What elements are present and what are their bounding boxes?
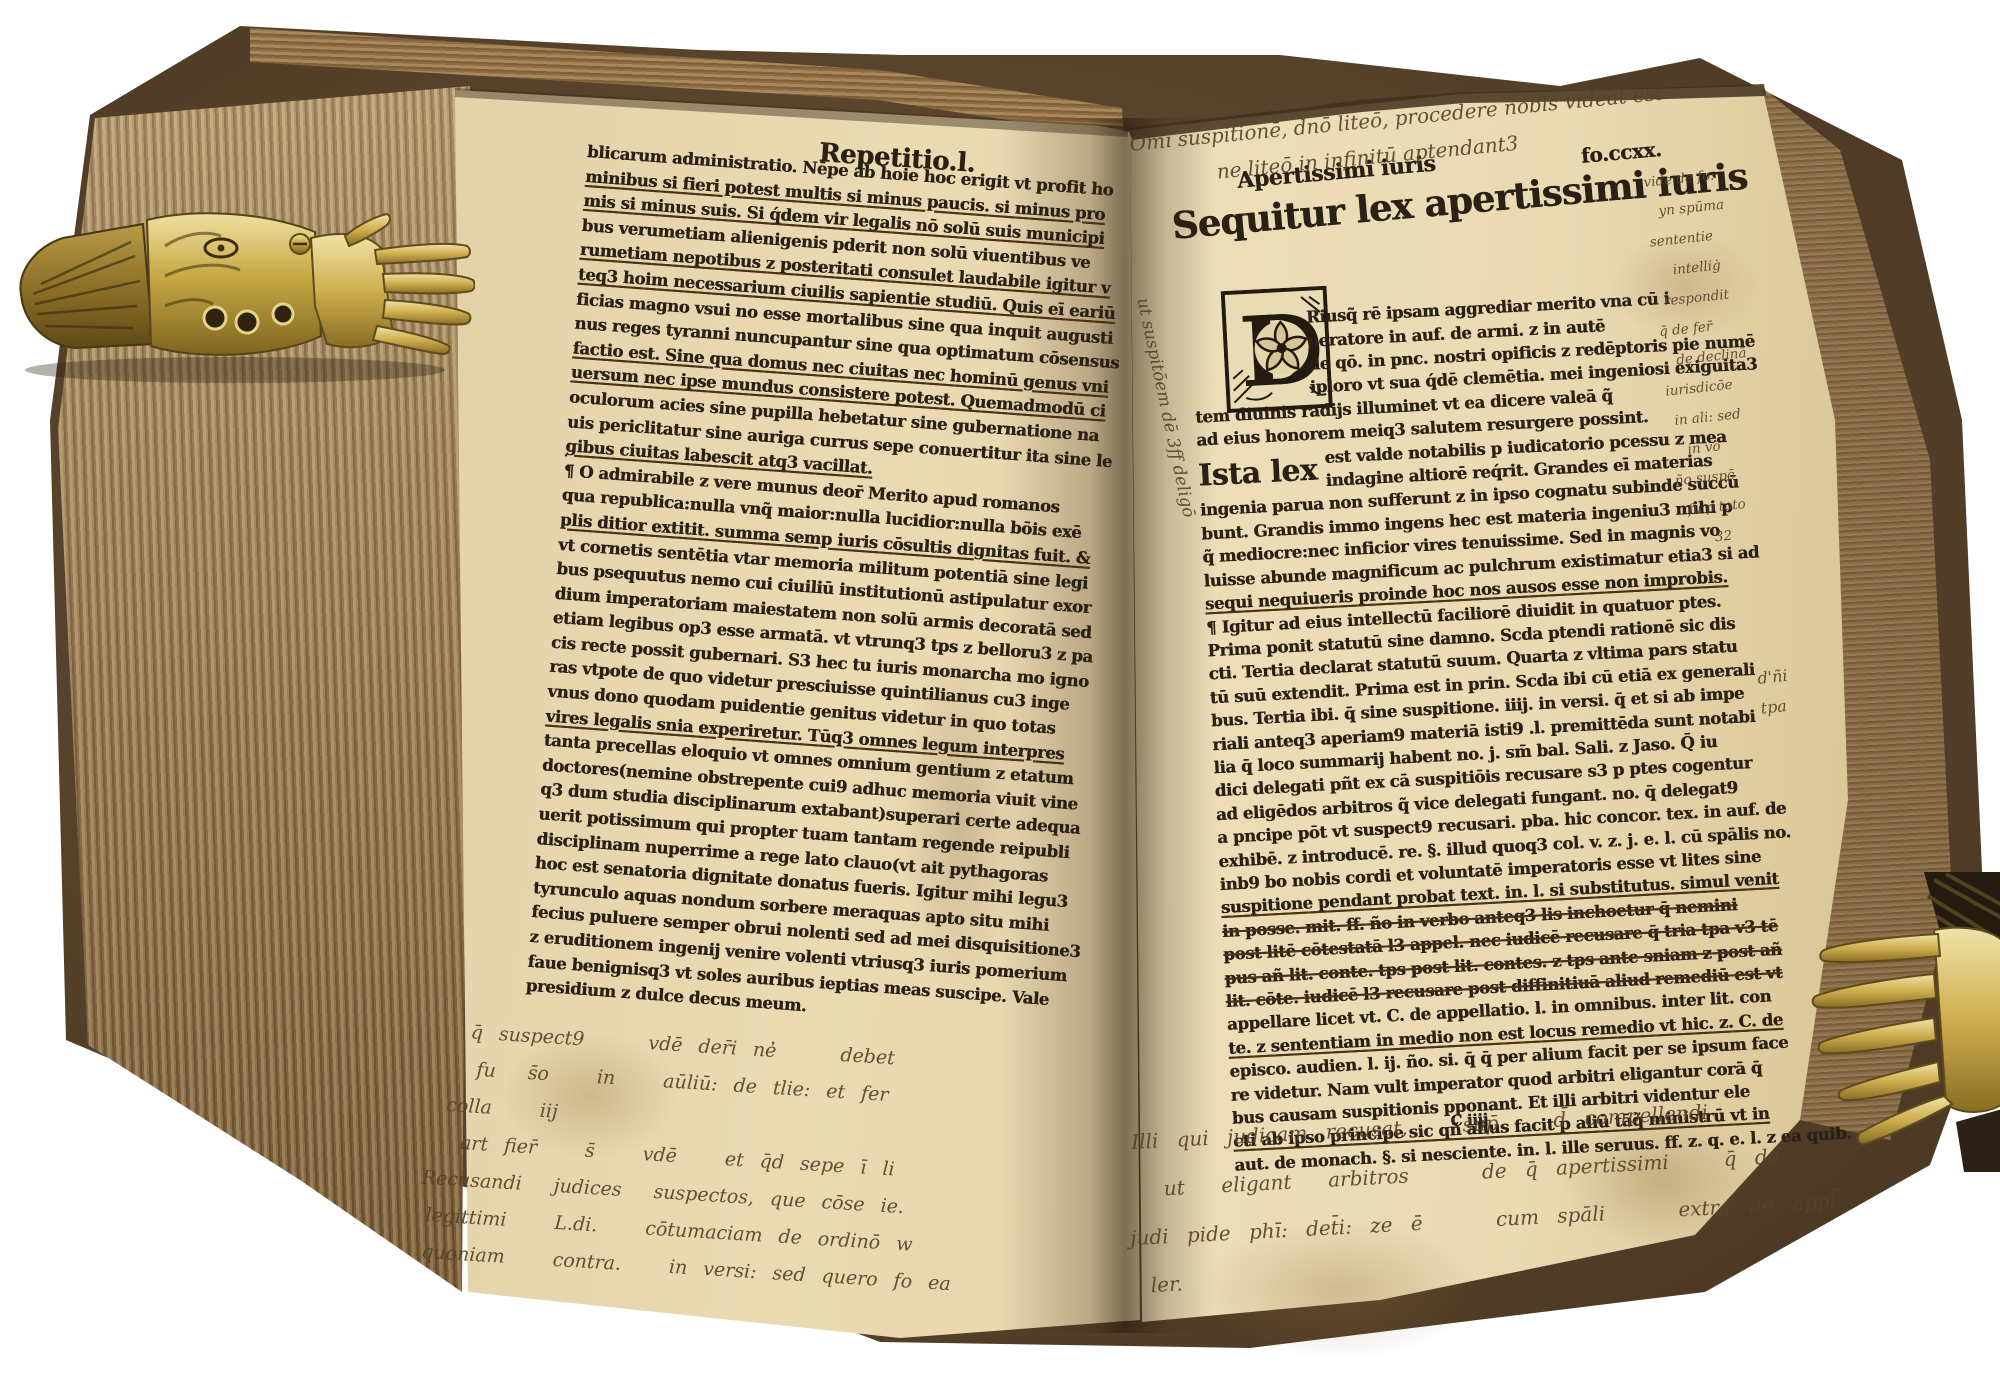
photo-of-open-antique-book: Repetitio.l. blicarum administratio. Nēp…	[0, 0, 2000, 1385]
handwritten-note-right-bottom: Illi qui judicam recusat, sup̄ d̄ compel…	[1130, 1081, 1840, 1309]
left-page-printed-text: blicarum administratio. Nēpe ab hoie hoc…	[525, 140, 1137, 1039]
lead-phrase: Ista lex	[1197, 448, 1318, 498]
margin-note: 32	[1713, 517, 1766, 552]
handwritten-note-left-bottom: q̄ suspect9 vdē der̄i ne̓ debetfu s̄o in…	[416, 1012, 965, 1303]
margin-note: tpa	[1759, 691, 1792, 724]
brass-clasp-hand-right	[1806, 872, 2000, 1172]
handwritten-margin-notes-lower: d'ñitpa	[1756, 661, 1792, 724]
margin-note: d'ñi	[1756, 661, 1789, 694]
brass-clasp-hand-left	[15, 186, 475, 386]
woodcut-initial-D: D	[1187, 264, 1299, 391]
